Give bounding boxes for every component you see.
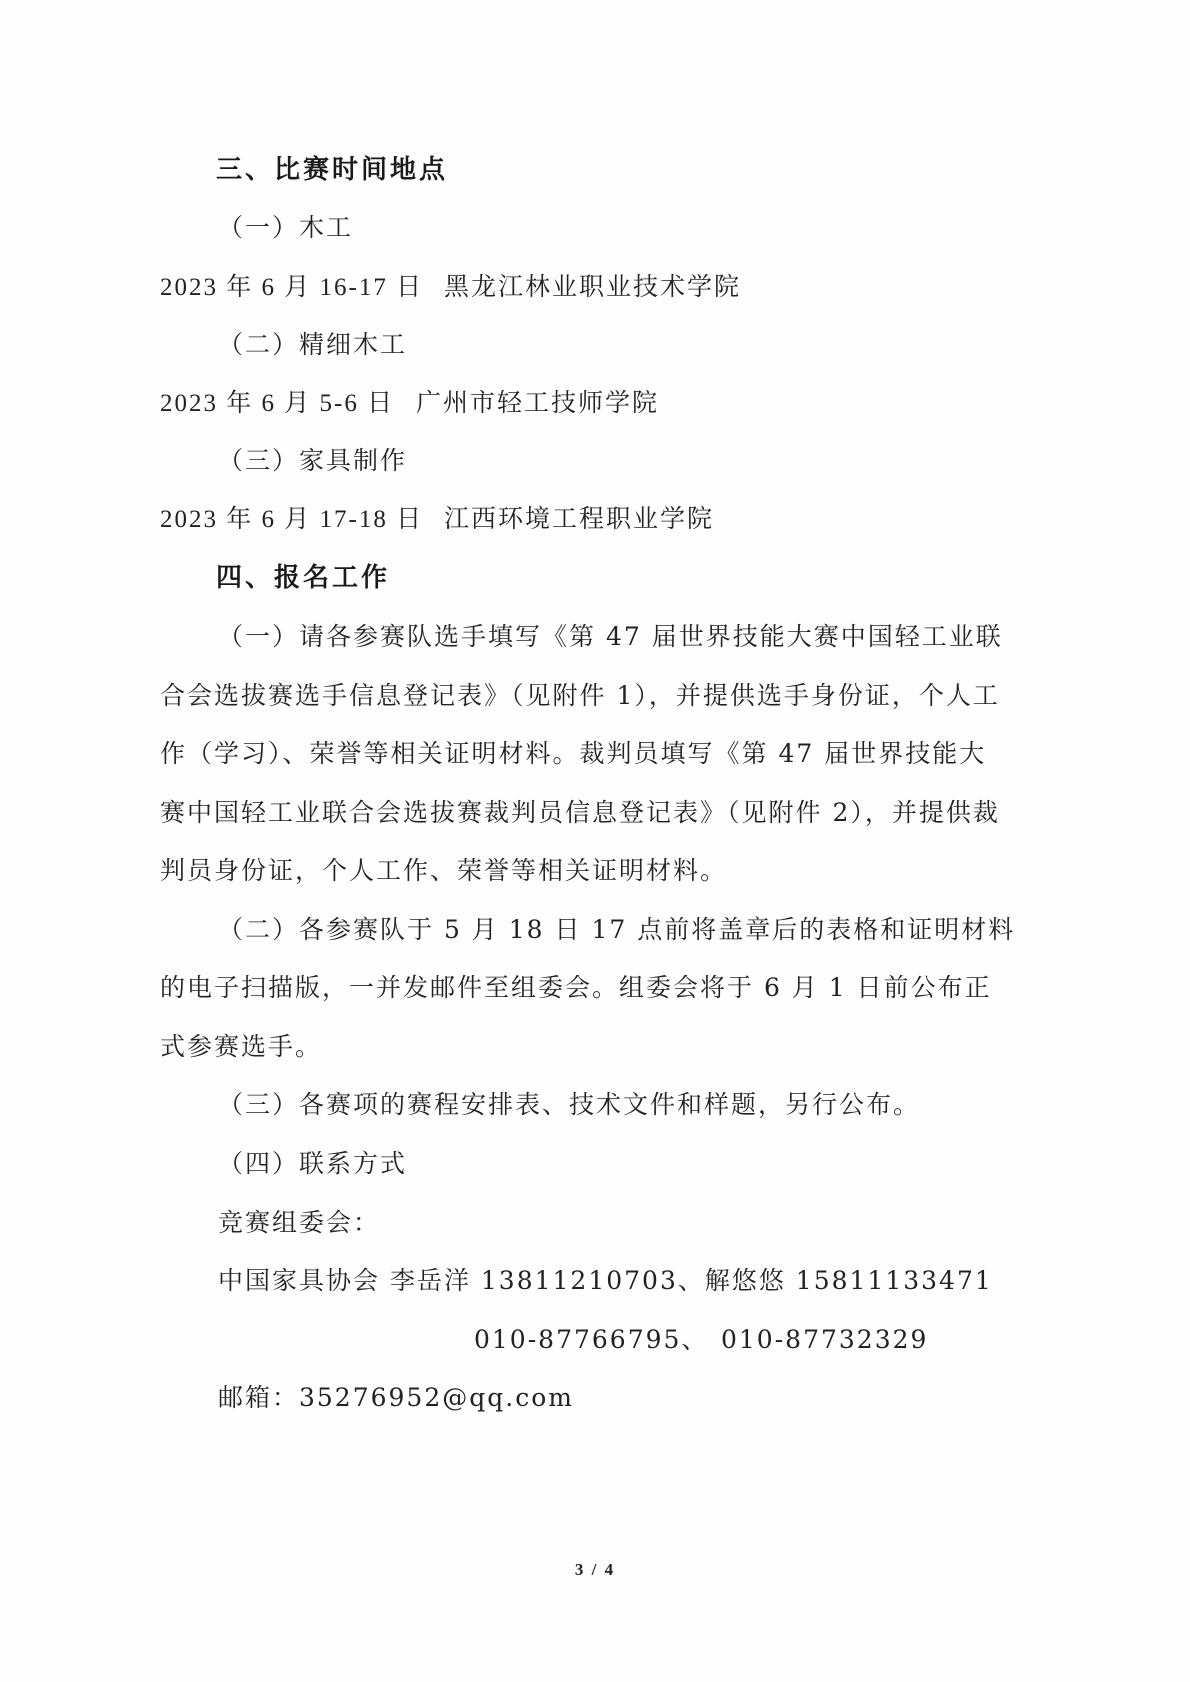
event-venue: 广州市轻工技师学院 <box>416 387 659 419</box>
event-label-fine-carpentry: （二）精细木工 <box>218 329 407 361</box>
paragraph-2-line-3: 式参赛选手。 <box>160 1031 322 1063</box>
document-page: 三、比赛时间地点 （一）木工 2023 年 6 月 16-17 日黑龙江林业职业… <box>0 0 1190 1682</box>
event-row-fine-carpentry: 2023 年 6 月 5-6 日广州市轻工技师学院 <box>160 387 659 420</box>
event-row-carpentry: 2023 年 6 月 16-17 日黑龙江林业职业技术学院 <box>160 271 741 304</box>
committee-label: 竞赛组委会： <box>218 1207 380 1239</box>
event-row-furniture-making: 2023 年 6 月 17-18 日江西环境工程职业学院 <box>160 503 714 536</box>
event-label-furniture-making: （三）家具制作 <box>218 445 407 477</box>
event-label-carpentry: （一）木工 <box>218 212 353 244</box>
paragraph-1-line-1: （一）请各参赛队选手填写《第 47 届世界技能大赛中国轻工业联 <box>218 621 1003 653</box>
section-heading-schedule: 三、比赛时间地点 <box>216 154 448 186</box>
paragraph-1-line-2: 合会选拔赛选手信息登记表》（见附件 1），并提供选手身份证，个人工 <box>160 680 1000 712</box>
event-date: 2023 年 6 月 5-6 日 <box>160 388 416 420</box>
contact-landline-2: 010-87732329 <box>721 1324 928 1356</box>
contact-landline-1: 010-87766795、 <box>474 1324 708 1356</box>
event-venue: 黑龙江林业职业技术学院 <box>444 271 741 303</box>
section-heading-registration: 四、报名工作 <box>216 562 390 594</box>
contact-email[interactable]: 邮箱：35276952@qq.com <box>218 1382 574 1414</box>
event-venue: 江西环境工程职业学院 <box>444 503 714 535</box>
contact-org-line: 中国家具协会 李岳洋 13811210703、解悠悠 15811133471 <box>218 1265 993 1297</box>
paragraph-1-line-4: 赛中国轻工业联合会选拔赛裁判员信息登记表》（见附件 2），并提供裁 <box>160 797 1000 829</box>
paragraph-4-contact-heading: （四）联系方式 <box>218 1148 407 1180</box>
page-number: 3 / 4 <box>0 1560 1190 1580</box>
paragraph-2-line-2: 的电子扫描版，一并发邮件至组委会。组委会将于 6 月 1 日前公布正 <box>160 972 992 1004</box>
paragraph-1-line-5: 判员身份证，个人工作、荣誉等相关证明材料。 <box>160 855 727 887</box>
paragraph-2-line-1: （二）各参赛队于 5 月 18 日 17 点前将盖章后的表格和证明材料 <box>218 914 1015 946</box>
event-date: 2023 年 6 月 17-18 日 <box>160 504 444 536</box>
event-date: 2023 年 6 月 16-17 日 <box>160 272 444 304</box>
paragraph-3: （三）各赛项的赛程安排表、技术文件和样题，另行公布。 <box>218 1089 920 1121</box>
paragraph-1-line-3: 作（学习）、荣誉等相关证明材料。裁判员填写《第 47 届世界技能大 <box>160 738 986 770</box>
